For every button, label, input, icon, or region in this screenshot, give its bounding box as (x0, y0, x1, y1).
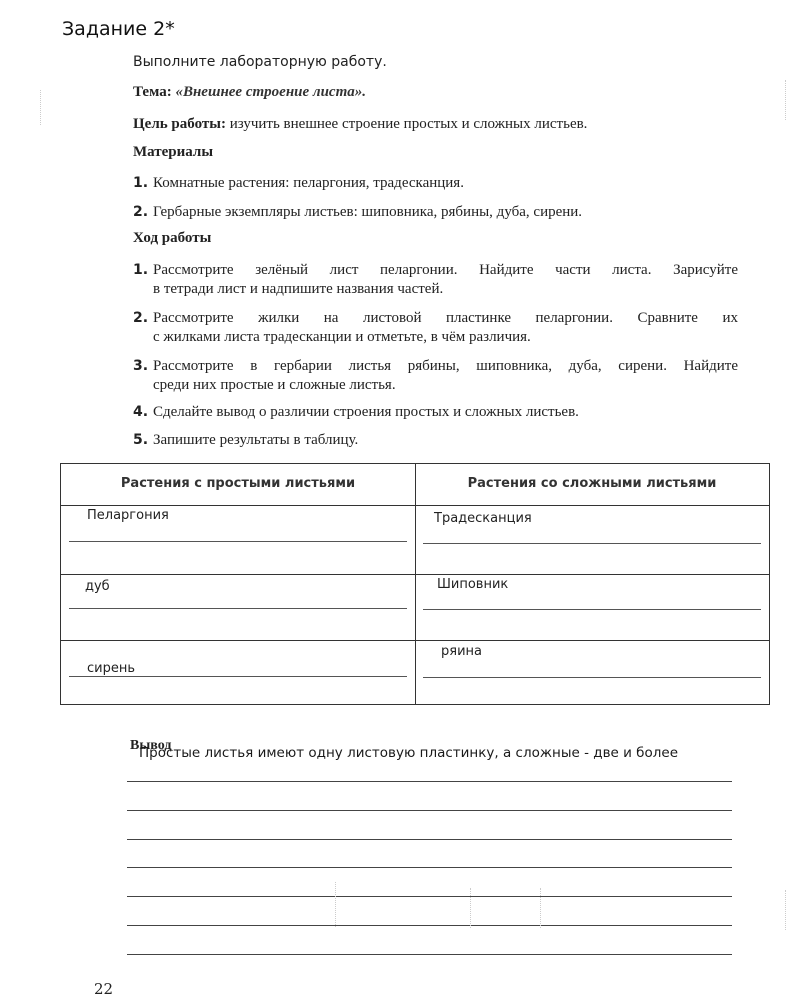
procedure-step: 5. Запишите результаты в таблицу. (133, 431, 738, 450)
procedure-step: 4. Сделайте вывод о различии строения пр… (133, 403, 738, 422)
table-cell: Пеларгония (87, 508, 169, 523)
scan-artifact (40, 90, 41, 125)
topic-label: Тема: (133, 84, 172, 100)
conclusion-writing-line (127, 810, 732, 811)
topic-line: Тема: «Внешнее строение листа». (133, 84, 366, 101)
step-text-line: Рассмотрите жилки на листовой пластинке … (153, 309, 738, 328)
scan-artifact (540, 888, 541, 928)
scan-artifact (785, 890, 786, 930)
step-text-line: Рассмотрите зелёный лист пеларгонии. Най… (153, 261, 738, 280)
table-header-divider (61, 505, 769, 506)
step-number: 2. (133, 309, 153, 347)
step-number: 3. (133, 357, 153, 395)
table-column-divider (415, 464, 416, 704)
procedure-step: 3. Рассмотрите в гербарии листья рябины,… (133, 357, 738, 395)
step-text-line: с жилками листа традесканции и отметьте,… (153, 328, 738, 347)
conclusion-writing-line (127, 867, 732, 868)
table-row-divider (61, 574, 769, 575)
step-number: 4. (133, 403, 153, 422)
topic-value: «Внешнее строение листа». (175, 84, 366, 100)
step-text-line: Запишите результаты в таблицу. (153, 431, 738, 450)
goal-line: Цель работы: изучить внешнее строение пр… (133, 116, 587, 133)
scan-artifact (470, 888, 471, 928)
writing-line (423, 677, 761, 678)
procedure-step: 2. Рассмотрите жилки на листовой пластин… (133, 309, 738, 347)
scan-artifact (335, 882, 336, 927)
goal-value: изучить внешнее строение простых и сложн… (226, 116, 587, 132)
step-text-line: Сделайте вывод о различии строения прост… (153, 403, 738, 422)
table-row-divider (61, 640, 769, 641)
results-table: Растения с простыми листьями Растения со… (60, 463, 770, 705)
task-intro: Выполните лабораторную работу. (133, 54, 387, 70)
goal-label: Цель работы: (133, 116, 226, 132)
writing-line (69, 608, 407, 609)
step-text-line: Рассмотрите в гербарии листья рябины, ши… (153, 357, 738, 376)
item-text: Гербарные экземпляры листьев: шиповника,… (153, 203, 738, 222)
materials-item: 1. Комнатные растения: пеларгония, траде… (133, 174, 738, 193)
conclusion-answer: Простые листья имеют одну листовую пласт… (139, 745, 678, 761)
step-text-line: среди них простые и сложные листья. (153, 376, 738, 395)
materials-item: 2. Гербарные экземпляры листьев: шиповни… (133, 203, 738, 222)
table-header-compound: Растения со сложными листьями (415, 476, 769, 491)
item-number: 1. (133, 174, 153, 193)
conclusion-writing-line (127, 839, 732, 840)
conclusion-writing-line (127, 896, 732, 897)
table-cell: сирень (87, 661, 135, 676)
item-number: 2. (133, 203, 153, 222)
table-cell: дуб (85, 579, 110, 594)
writing-line (69, 541, 407, 542)
item-text: Комнатные растения: пеларгония, традеска… (153, 174, 738, 193)
procedure-heading: Ход работы (133, 230, 211, 247)
conclusion-writing-line (127, 781, 732, 782)
step-number: 5. (133, 431, 153, 450)
procedure-step: 1. Рассмотрите зелёный лист пеларгонии. … (133, 261, 738, 299)
conclusion-writing-line (127, 925, 732, 926)
table-cell: ряина (441, 644, 482, 659)
scan-artifact (785, 80, 786, 120)
step-text-line: в тетради лист и надпишите названия част… (153, 280, 738, 299)
page-number: 22 (94, 980, 113, 998)
step-number: 1. (133, 261, 153, 299)
writing-line (69, 676, 407, 677)
table-cell: Традесканция (434, 511, 532, 526)
materials-heading: Материалы (133, 144, 213, 161)
conclusion-writing-line (127, 954, 732, 955)
writing-line (423, 543, 761, 544)
table-header-simple: Растения с простыми листьями (61, 476, 415, 491)
writing-line (423, 609, 761, 610)
table-cell: Шиповник (437, 577, 508, 592)
task-title: Задание 2* (62, 18, 175, 40)
